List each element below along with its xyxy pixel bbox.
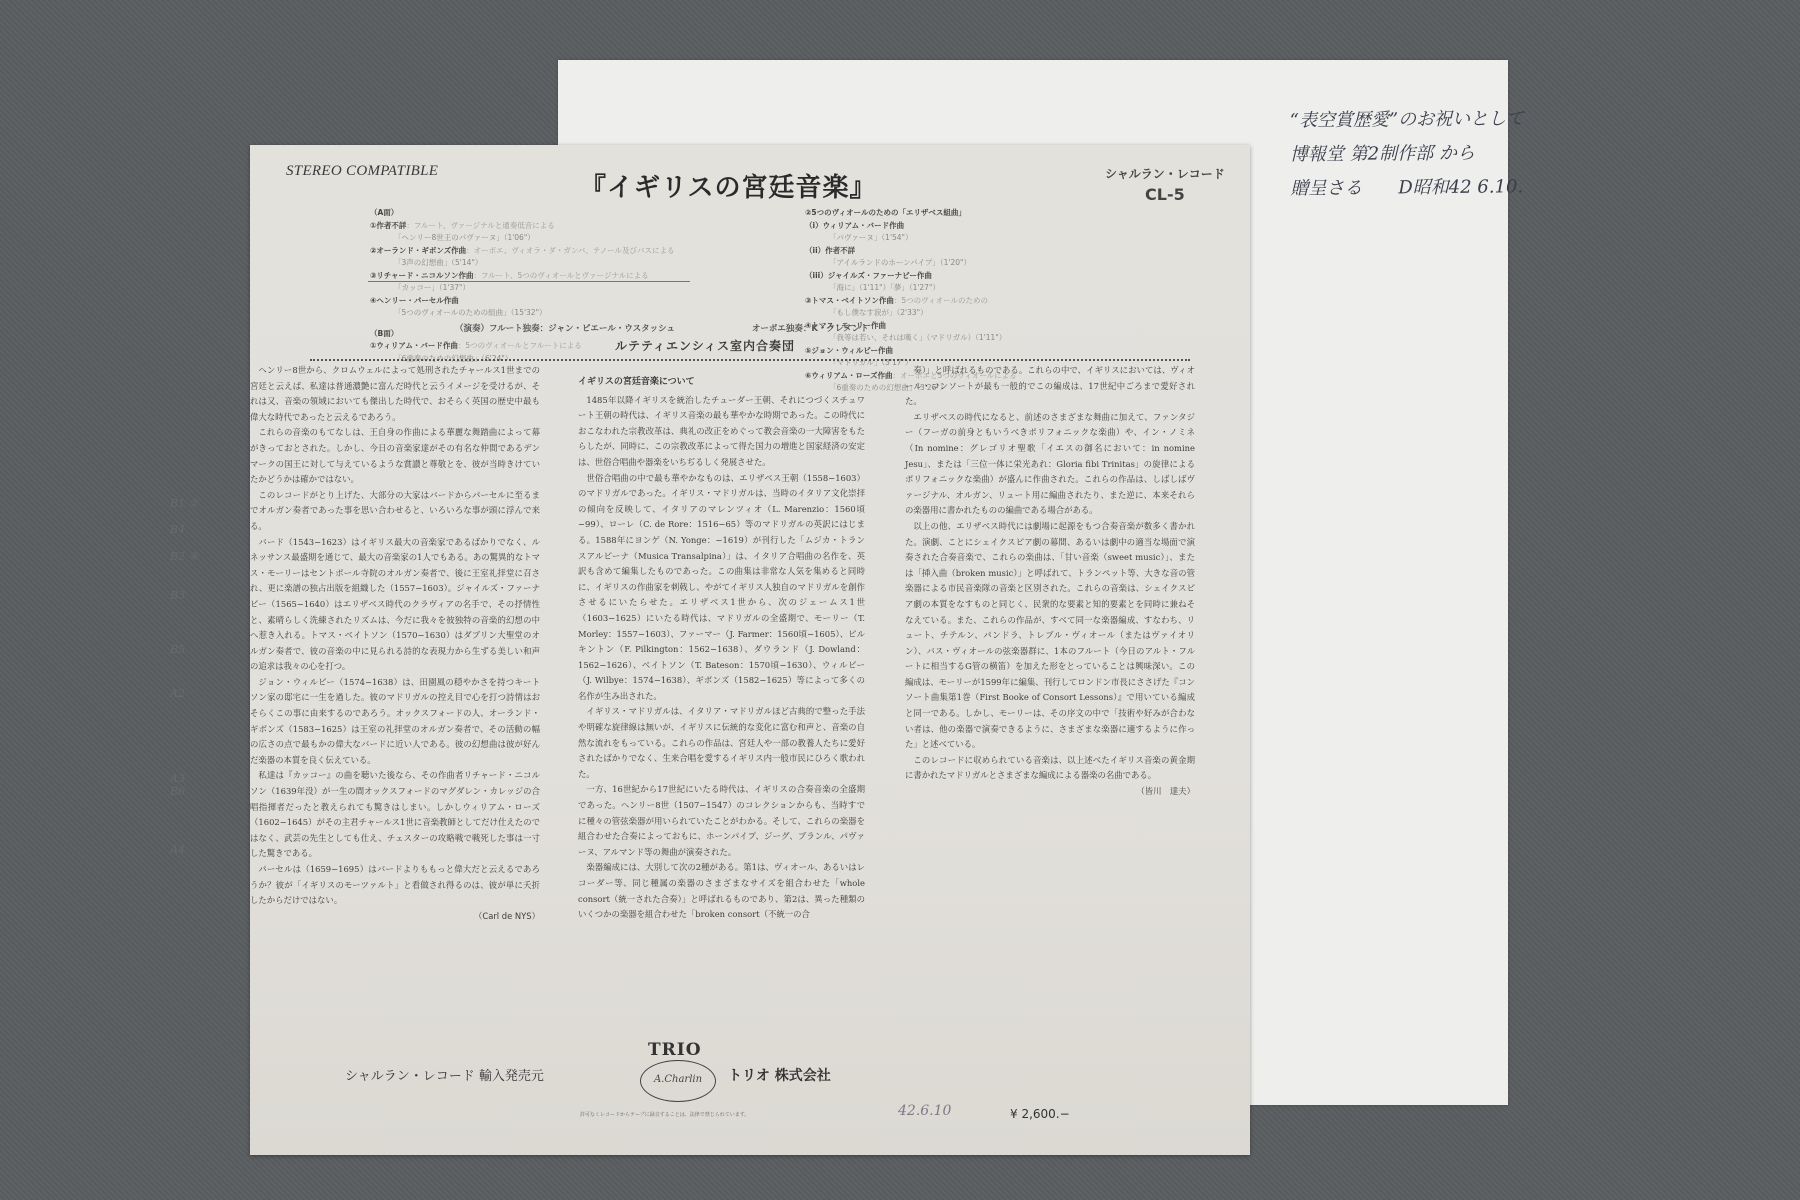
track-instruments: ：5つのヴィオールのための: [894, 296, 988, 305]
handwritten-line: “表空賞歴愛”のお祝いとして: [1290, 102, 1590, 139]
paragraph: 一方、16世紀から17世紀にいたる時代は、イギリスの合奏音楽の全盛期であった。ヘ…: [578, 782, 865, 860]
margin-note: B6: [170, 785, 185, 798]
track-work: 「海に」（1'11"）「夢」（1'27"）: [805, 282, 1135, 295]
track-composer: ③トマス・ベイトソン作曲: [805, 296, 894, 305]
track-instruments: ：フルート、ヴァージナルと通奏低音による: [406, 221, 554, 230]
company-name: トリオ 株式会社: [728, 1065, 831, 1085]
track-work: 「3声の幻想曲」（5'14"）: [370, 257, 690, 270]
track-item: ④ヘンリー・パーセル作曲: [370, 295, 690, 308]
notes-column-3: 奏）」と呼ばれるものである。これらの中で、イギリスにおいては、ヴィオール・コンソ…: [905, 363, 1195, 800]
performers: （演奏）フルート独奏：ジャン・ピエール・ウスタッシュ オーボエ独奏：K・クレメン…: [455, 322, 939, 334]
track-composer: （i）ウィリアム・バード作曲: [805, 221, 904, 230]
track-composer: （ii）作者不詳: [805, 246, 855, 255]
track-item: （iii）ジャイルズ・ファーナビー作曲: [805, 270, 1135, 283]
paragraph: バード（1543−1623）はイギリス最大の音楽家であるばかりでなく、ルネッサン…: [250, 535, 540, 675]
handwritten-line: 贈呈さる D昭和42 6.10.: [1290, 170, 1590, 207]
margin-note: B2 ④: [170, 550, 198, 563]
track-composer: （iii）ジャイルズ・ファーナビー作曲: [805, 271, 932, 280]
margin-note: A3: [170, 772, 185, 785]
paragraph: このレコードに収められている音楽は、以上述べたイギリス音楽の黄金期に書かれたマド…: [905, 753, 1195, 784]
track-item: ⑤ジョン・ウィルビー作曲: [805, 345, 1135, 358]
section-title: イギリスの宮廷音楽について: [578, 375, 865, 391]
track-work: 「もし僕なす涙が」（2'33"）: [805, 307, 1135, 320]
flute-soloist: （演奏）フルート独奏：ジャン・ピエール・ウスタッシュ: [455, 324, 675, 334]
track-composer: ①ウィリアム・バード作曲: [370, 341, 458, 350]
side-a-header: （A面）: [370, 207, 690, 220]
track-item: （ii）作者不詳: [805, 245, 1135, 258]
stereo-label: STEREO COMPATIBLE: [286, 163, 438, 180]
paragraph: イギリス・マドリガルは、イタリア・マドリガルほど古典的で整った手法や明確な旋律線…: [578, 704, 865, 782]
notes-column-2: イギリスの宮廷音楽について 1485年以降イギリスを統治したチューダー王朝、それ…: [578, 375, 865, 923]
paragraph: 楽器編成には、大別して次の2種がある。第1は、ヴィオール、あるいはレコーダー等、…: [578, 860, 865, 922]
trio-wordmark: TRIO: [648, 1040, 702, 1060]
signature: （Carl de NYS）: [250, 909, 540, 925]
track-item: ②オーランド・ギボンズ作曲：オーボエ、ヴィオラ・ダ・ガンバ、テノール及びバスによ…: [370, 245, 690, 258]
oboe-soloist: オーボエ独奏：K・クレメント: [752, 324, 869, 334]
handwritten-line: 博報堂 第2制作部 から: [1290, 136, 1590, 173]
paragraph: このレコードがとり上げた、大部分の大家はバードからパーセルに至るまでオルガン奏者…: [250, 488, 540, 535]
track-item: ①作者不詳：フルート、ヴァージナルと通奏低音による: [370, 220, 690, 233]
margin-note: A4: [170, 843, 185, 856]
margin-note: B4: [170, 523, 185, 536]
track-instruments: ：フルート、5つのヴィオールとヴァージナルによる: [473, 271, 648, 280]
paragraph: ジョン・ウィルビー（1574−1638）は、田園風の穏やかさを持つキートソン家の…: [250, 675, 540, 769]
margin-note: B5: [170, 643, 185, 656]
track-work: 「パヴァーヌ」（1'54"）: [805, 232, 1135, 245]
track-work: 「カッコー」（1'37"）: [370, 282, 690, 295]
paragraph: 以上の他、エリザベス時代には劇場に起源をもつ合奏音楽が数多く書かれた。演劇、こと…: [905, 519, 1195, 753]
track-composer: ①作者不詳: [370, 221, 406, 230]
paragraph: パーセルは（1659−1695）はバードよりももっと偉大だと云えるであろうか？彼…: [250, 862, 540, 909]
paragraph: ヘンリー8世から、クロムウェルによって処刑されたチャールス1世までの宮廷と云えば…: [250, 363, 540, 425]
label-brand: シャルラン・レコード: [1105, 165, 1225, 182]
track-instruments: ：オーボエ、ヴィオラ・ダ・ガンバ、テノール及びバスによる: [466, 246, 674, 255]
handwritten-date: 42.6.10: [898, 1103, 951, 1119]
charlin-logo-icon: A.Charlin: [640, 1060, 716, 1102]
track-work: 「アイルランドのホーンパイプ」（1'20"）: [805, 257, 1135, 270]
ensemble-name: ルテティエンシィス室内合奏団: [615, 337, 795, 354]
paragraph: 私達は『カッコー』の曲を聴いた後なら、その作曲者リチャード・ニコルソン（1639…: [250, 768, 540, 862]
paragraph: 世俗合唱曲の中で最も華やかなものは、エリザベス王朝（1558−1603）のマドリ…: [578, 471, 865, 705]
track-item: （i）ウィリアム・バード作曲: [805, 220, 1135, 233]
track-composer: ②オーランド・ギボンズ作曲: [370, 246, 466, 255]
track-composer: ⑤ジョン・ウィルビー作曲: [805, 346, 893, 355]
paragraph: 1485年以降イギリスを統治したチューダー王朝、それにつづくスチュワート王朝の時…: [578, 393, 865, 471]
margin-note: A2: [170, 687, 185, 700]
paragraph: エリザベスの時代になると、前述のさまざまな舞曲に加えて、ファンタジー（フーガの前…: [905, 410, 1195, 519]
track-item: ③トマス・ベイトソン作曲：5つのヴィオールのための: [805, 295, 1135, 308]
notes-column-1: ヘンリー8世から、クロムウェルによって処刑されたチャールス1世までの宮廷と云えば…: [210, 363, 540, 924]
dotted-divider: [310, 359, 1190, 361]
track-work: 「ヘンリー8世王のパヴァーヌ」（1'06"）: [370, 232, 690, 245]
liner-notes-sheet: STEREO COMPATIBLE 『イギリスの宮廷音楽』 シャルラン・レコード…: [250, 145, 1250, 1155]
track-work: 「5つのヴィオールのための組曲」（15'32"）: [370, 307, 690, 320]
album-title: 『イギリスの宮廷音楽』: [580, 167, 876, 204]
side-divider: [368, 281, 690, 282]
price: ¥ 2,600.−: [1010, 1107, 1070, 1121]
catalog-number: CL-5: [1145, 185, 1185, 204]
track-composer: ③リチャード・ニコルソン作曲: [370, 271, 473, 280]
track-composer: ②5つのヴィオールのための「エリザベス組曲」: [805, 208, 966, 217]
paragraph: 奏）」と呼ばれるものである。これらの中で、イギリスにおいては、ヴィオール・コンソ…: [905, 363, 1195, 410]
margin-note: B1 ②: [170, 497, 198, 510]
margin-note: B3: [170, 589, 185, 602]
track-composer: ④ヘンリー・パーセル作曲: [370, 296, 459, 305]
fine-print: 許可なくレコードからテープに録音することは、法律で禁じられています。: [580, 1111, 749, 1118]
paragraph: これらの音楽のもてなしは、王自身の作曲による華麗な舞踏曲によって幕がきっておとさ…: [250, 425, 540, 487]
track-instruments: ：5つのヴィオールとフルートによる: [458, 341, 582, 350]
handwritten-note: “表空賞歴愛”のお祝いとして 博報堂 第2制作部 から 贈呈さる D昭和42 6…: [1290, 102, 1591, 207]
track-item: ②5つのヴィオールのための「エリザベス組曲」: [805, 207, 1135, 220]
distributor: シャルラン・レコード 輸入発売元: [345, 1065, 544, 1084]
signature: （皆川 達夫）: [905, 784, 1195, 800]
